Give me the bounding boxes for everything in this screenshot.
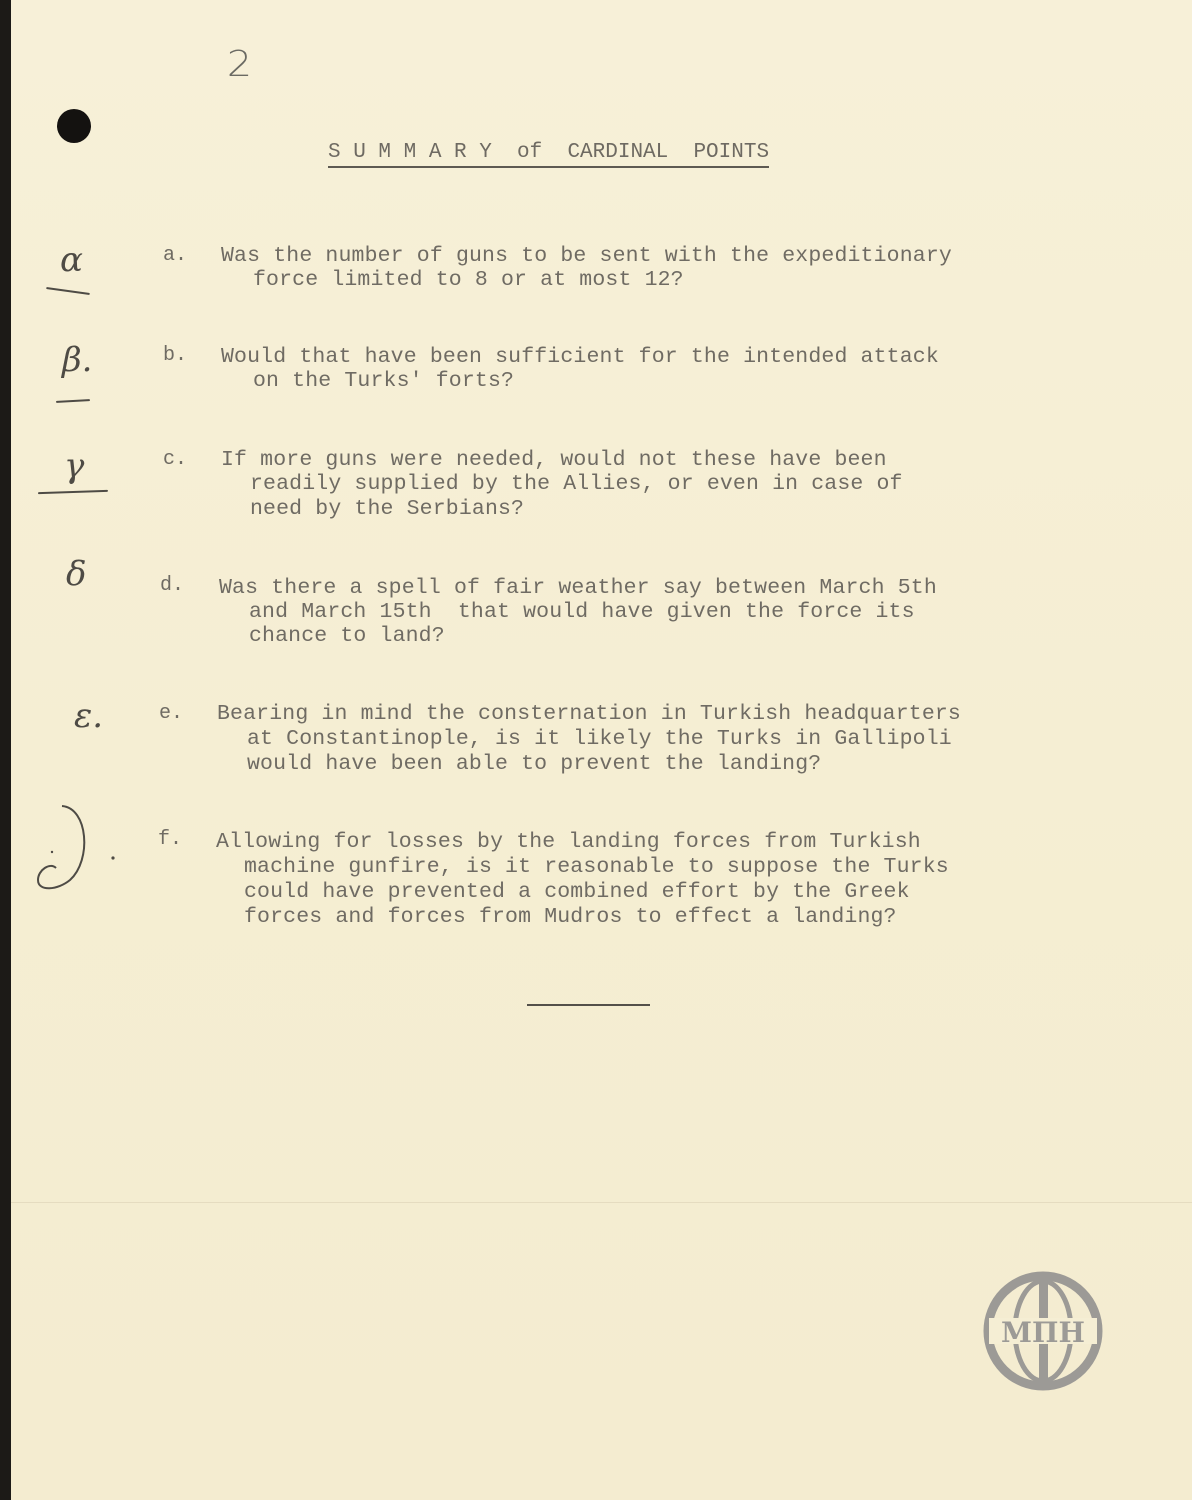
item-letter: c. <box>163 448 187 471</box>
handwritten-marker: ε. <box>74 696 103 736</box>
item-text-line: could have prevented a combined effort b… <box>244 880 910 904</box>
item-letter: e. <box>159 702 183 725</box>
item-text-line: chance to land? <box>249 624 445 648</box>
svg-text:ΜΠΗ: ΜΠΗ <box>1001 1316 1085 1349</box>
item-text-line: need by the Serbians? <box>250 497 524 521</box>
punch-hole-icon <box>57 109 91 143</box>
handwritten-marker: γ <box>64 446 84 486</box>
item-text-line: at Constantinople, is it likely the Turk… <box>247 727 952 751</box>
handwritten-marker: β. <box>62 340 92 380</box>
document-title: S U M M A R Y of CARDINAL POINTS <box>328 141 769 168</box>
item-text-line: Would that have been sufficient for the … <box>221 345 939 369</box>
item-text-line: Bearing in mind the consternation in Tur… <box>217 702 961 726</box>
item-letter: f. <box>158 828 182 851</box>
page-number: 2 <box>227 44 252 85</box>
handwritten-marker-icon <box>30 800 120 900</box>
item-text-line: readily supplied by the Allies, or even … <box>250 472 903 496</box>
item-text-line: would have been able to prevent the land… <box>247 752 821 776</box>
handwritten-marker: α <box>60 240 83 280</box>
item-text-line: Was there a spell of fair weather say be… <box>219 576 937 600</box>
item-text-line: on the Turks' forts? <box>253 369 514 393</box>
item-letter: a. <box>163 244 187 267</box>
paper-fold <box>11 1202 1192 1203</box>
item-text-line: Allowing for losses by the landing force… <box>216 830 921 854</box>
item-text-line: and March 15th that would have given the… <box>249 600 915 624</box>
item-letter: b. <box>163 344 187 367</box>
item-text-line: If more guns were needed, would not thes… <box>221 448 887 472</box>
archive-monogram-stamp-icon: ΜΠΗ <box>983 1271 1103 1391</box>
scan-edge <box>0 0 11 1500</box>
closing-rule <box>527 1004 650 1006</box>
item-text-line: machine gunfire, is it reasonable to sup… <box>244 855 949 879</box>
handwritten-marker: δ <box>66 554 86 594</box>
item-text-line: force limited to 8 or at most 12? <box>253 268 684 292</box>
item-letter: d. <box>160 574 184 597</box>
item-text-line: Was the number of guns to be sent with t… <box>221 244 952 268</box>
item-text-line: forces and forces from Mudros to effect … <box>244 905 897 929</box>
